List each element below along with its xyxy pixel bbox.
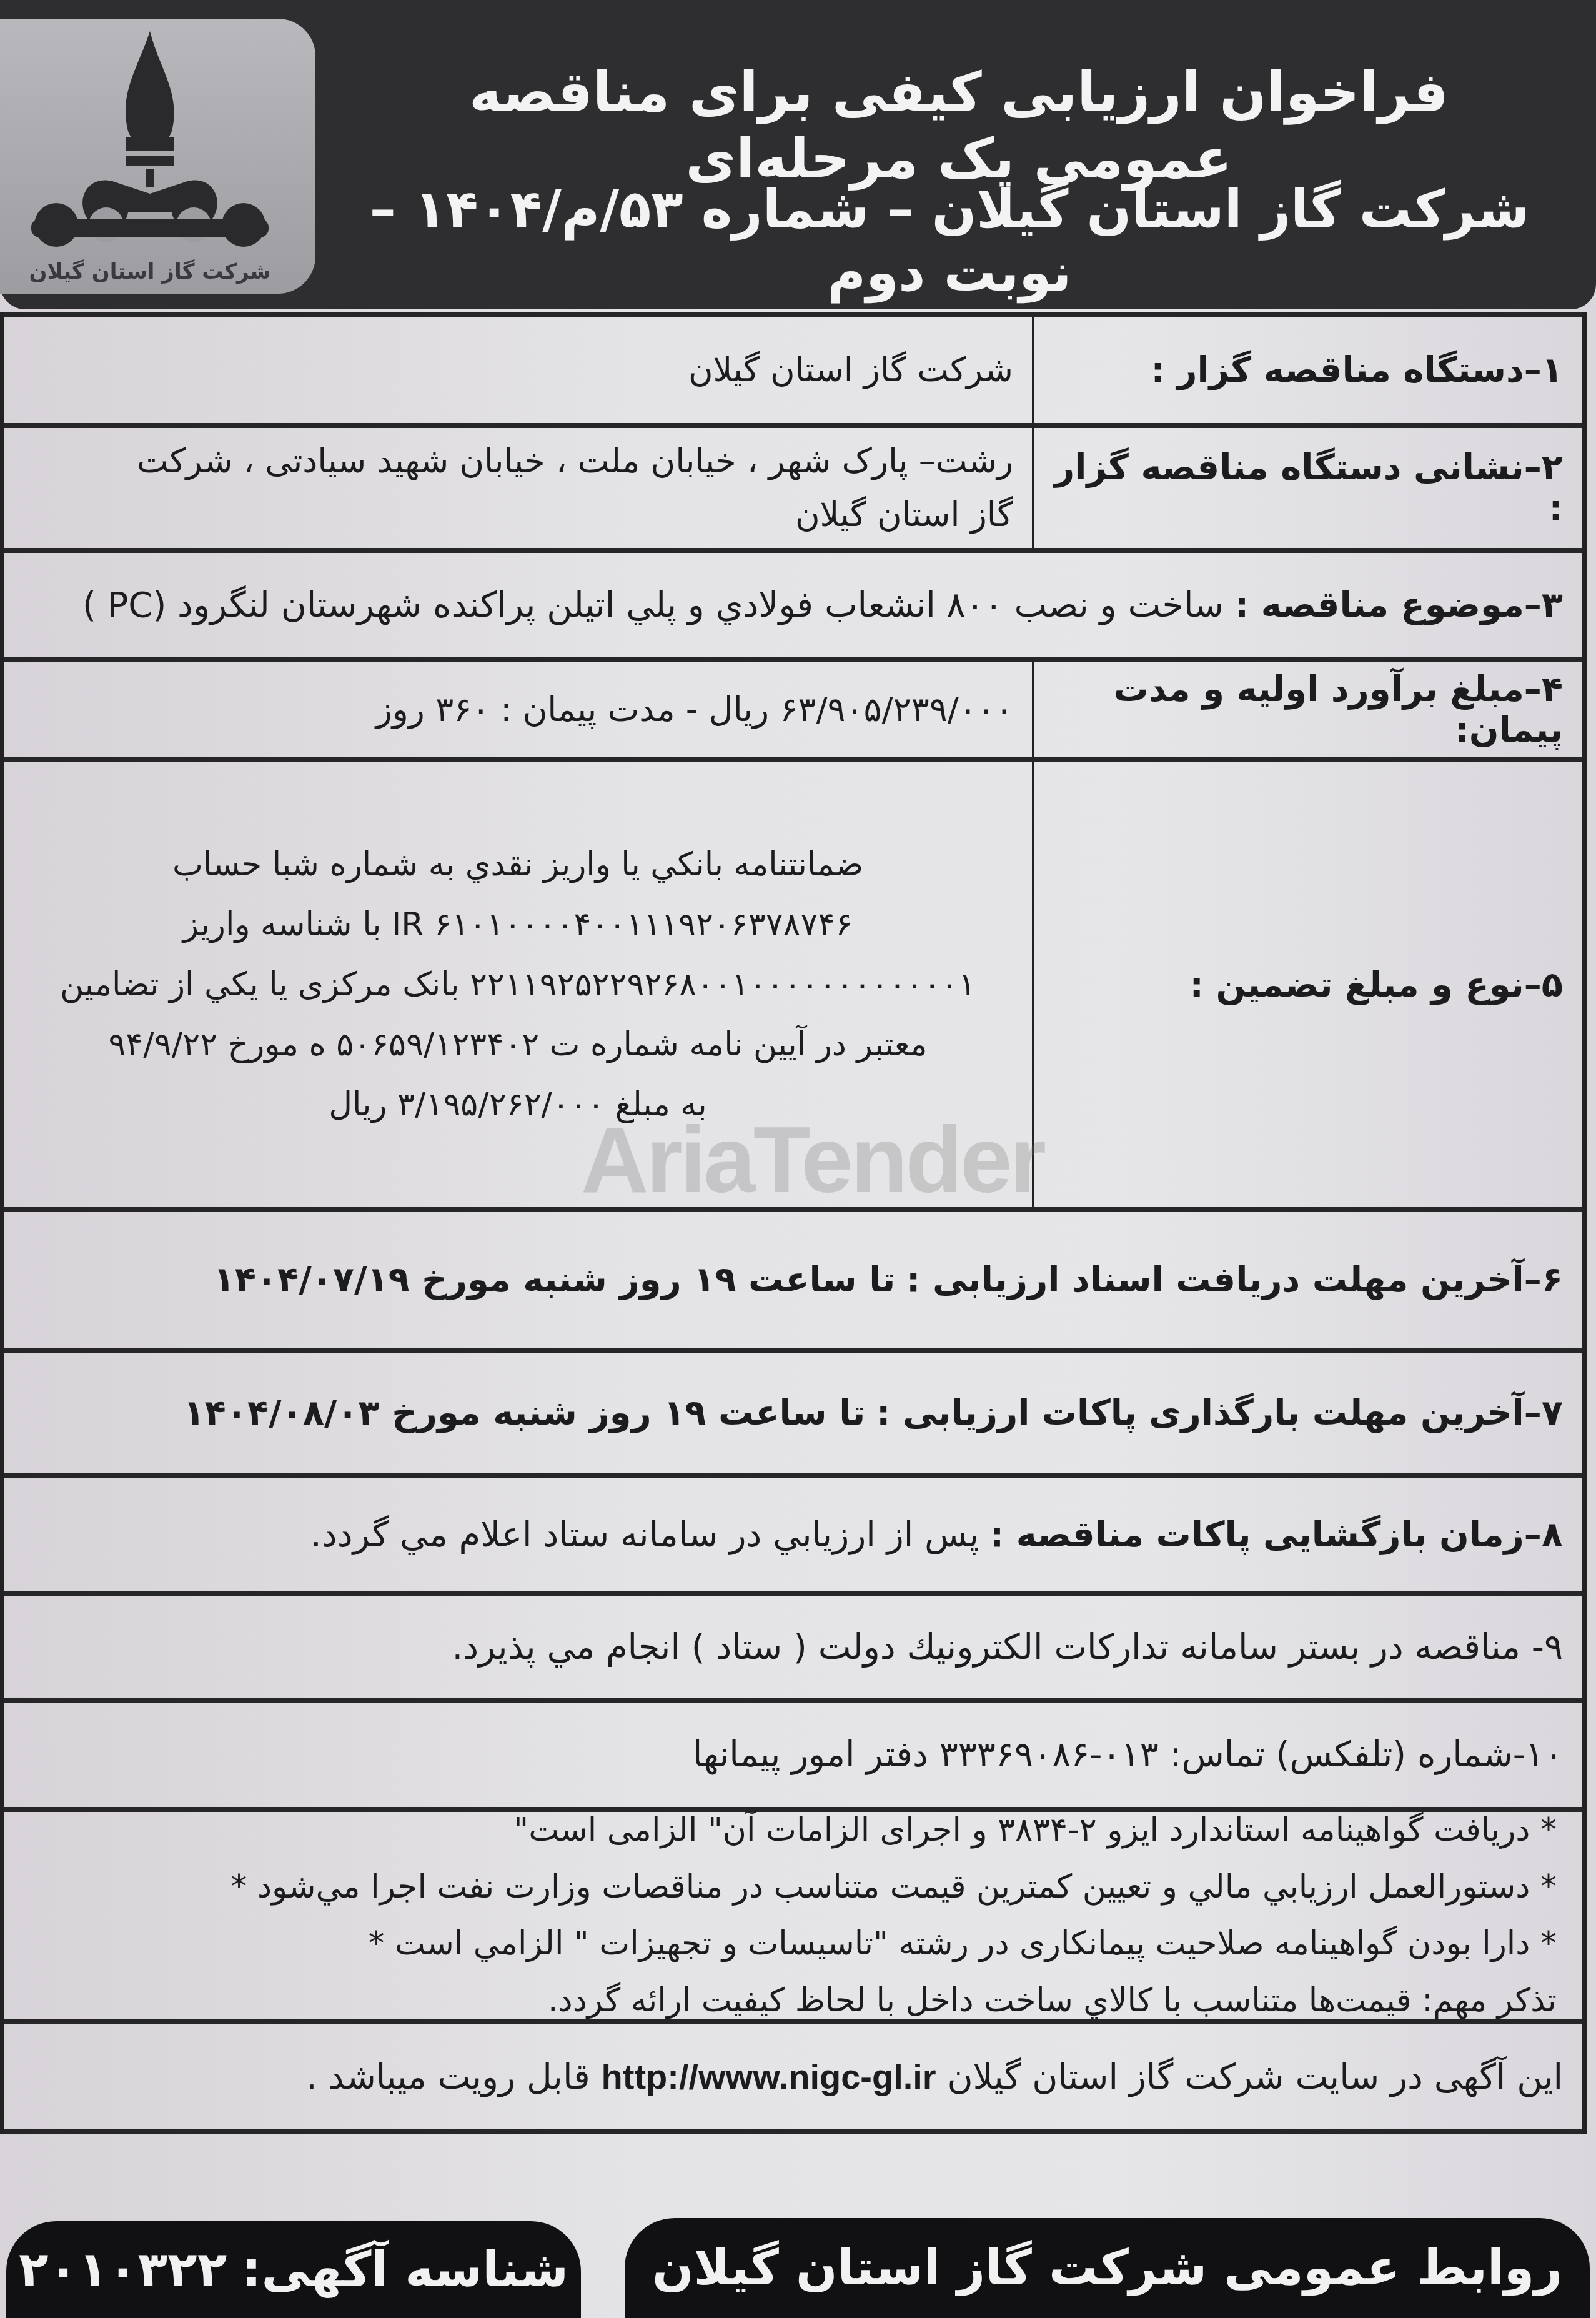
website-suffix: قابل رویت میباشد .	[306, 2057, 590, 2097]
note-evaluation: * دستورالعمل ارزيابي مالي و تعيين كمترين…	[230, 1859, 1557, 1916]
notes-block: * دریافت گواهینامه استاندارد ایزو ۲-۳۸۳۴…	[206, 1783, 1582, 2048]
note-iso: * دریافت گواهینامه استاندارد ایزو ۲-۳۸۳۴…	[230, 1802, 1557, 1859]
guarantee-line-2: IR ۶۱۰۱۰۰۰۰۴۰۰۱۱۱۹۲۰۶۳۷۸۷۴۶ با شناسه وار…	[16, 895, 1019, 955]
opening-time: ۸–زمان بازگشایی پاکات مناقصه : پس از ارز…	[4, 1515, 1582, 1555]
tender-subject: ۳–موضوع مناقصه : ساخت و نصب ۸۰۰ انشعاب ف…	[4, 585, 1582, 625]
note-important: تذکر مهم: قیمت‌ها متناسب با كالاي ساخت د…	[230, 1972, 1557, 2029]
footer-company: روابط عمومی شرکت گاز استان گیلان	[652, 2240, 1562, 2296]
value-document-deadline: تا ساعت ۱۹ روز شنبه مورخ ۱۴۰۴/۰۷/۱۹	[213, 1260, 895, 1300]
label-opening-time: ۸–زمان بازگشایی پاکات مناقصه :	[990, 1515, 1563, 1555]
company-logo: شرکت گاز استان گیلان	[0, 19, 315, 294]
row-setad-platform: ۹- مناقصه در بستر سامانه تداركات الكترون…	[4, 1596, 1582, 1703]
row-estimate-duration: ۴–مبلغ برآورد اولیه و مدت پیمان: ۶۳/۹۰۵/…	[4, 662, 1582, 762]
value-estimate-duration: ۶۳/۹۰۵/۲۳۹/۰۰۰ ریال - مدت پیمان : ۳۶۰ رو…	[4, 683, 1032, 737]
label-organizer-address: ۲–نشانی دستگاه مناقصه گزار :	[1032, 428, 1582, 548]
value-tender-subject: ساخت و نصب ۸۰۰ انشعاب فولادي و پلي اتيلن…	[82, 585, 1224, 625]
label-estimate-duration: ۴–مبلغ برآورد اولیه و مدت پیمان:	[1032, 662, 1582, 757]
website-link[interactable]: http://www.nigc-gl.ir	[602, 2057, 936, 2096]
label-document-deadline: ۶–آخرین مهلت دریافت اسناد ارزیابی :	[906, 1260, 1563, 1300]
ad-id-label: شناسه آگهی:	[242, 2242, 568, 2298]
value-opening-time: پس از ارزيابي در سامانه ستاد اعلام مي گر…	[310, 1515, 979, 1555]
value-organizer-address: رشت– پارک شهر ، خیابان ملت ، خیابان شهید…	[95, 434, 1032, 542]
contact-text: ۱۰-شماره (تلفكس) تماس: ۰۱۳-۳۳۳۶۹۰۸۶ دفتر…	[4, 1734, 1582, 1775]
tender-notice-page: شرکت گاز استان گیلان فراخوان ارزیابی کیف…	[0, 0, 1596, 2318]
row-upload-deadline: ۷–آخرین مهلت بارگذاری پاکات ارزیابی : تا…	[4, 1353, 1582, 1478]
value-upload-deadline: تا ساعت ۱۹ روز شنبه مورخ ۱۴۰۴/۰۸/۰۳	[183, 1393, 865, 1433]
note-qualification: * دارا بودن گواهینامه صلاحیت پیمانکاری د…	[230, 1916, 1557, 1972]
row-organizer-address: ۲–نشانی دستگاه مناقصه گزار : رشت– پارک ش…	[4, 428, 1582, 553]
value-guarantee: ضمانتنامه بانكي يا واريز نقدي به شماره ش…	[4, 835, 1032, 1135]
footer-company-banner: روابط عمومی شرکت گاز استان گیلان	[625, 2218, 1590, 2318]
row-notes: * دریافت گواهینامه استاندارد ایزو ۲-۳۸۳۴…	[4, 1812, 1582, 2024]
row-document-deadline: ۶–آخرین مهلت دریافت اسناد ارزیابی : تا س…	[4, 1212, 1582, 1353]
label-tender-organizer: ۱–دستگاه مناقصه گزار :	[1032, 317, 1582, 423]
website-prefix: این آگهی در سایت شرکت گاز استان گیلان	[947, 2057, 1563, 2097]
footer-ad-id-banner: شناسه آگهی: ۲۰۱۰۳۲۲	[6, 2221, 581, 2318]
ariatender-watermark: AriaTender	[581, 1106, 1044, 1214]
label-guarantee: ۵–نوع و مبلغ تضمین :	[1032, 762, 1582, 1207]
document-deadline: ۶–آخرین مهلت دریافت اسناد ارزیابی : تا س…	[4, 1260, 1582, 1300]
gas-flame-logo-icon	[19, 25, 281, 250]
upload-deadline: ۷–آخرین مهلت بارگذاری پاکات ارزیابی : تا…	[4, 1393, 1582, 1433]
guarantee-line-3: ۲۲۱۱۹۲۵۲۲۹۲۶۸۰۰۱۰۰۰۰۰۰۰۰۰۰۰۰۱ بانک مرکزی…	[16, 955, 1019, 1015]
notice-title: فراخوان ارزیابی کیفی برای مناقصه عمومی ی…	[365, 59, 1552, 191]
ad-id-value: ۲۰۱۰۳۲۲	[19, 2242, 227, 2298]
setad-platform-text: ۹- مناقصه در بستر سامانه تداركات الكترون…	[4, 1627, 1582, 1668]
value-tender-organizer: شرکت گاز استان گیلان	[4, 343, 1032, 397]
guarantee-line-1: ضمانتنامه بانكي يا واريز نقدي به شماره ش…	[16, 835, 1019, 895]
row-tender-subject: ۳–موضوع مناقصه : ساخت و نصب ۸۰۰ انشعاب ف…	[4, 553, 1582, 662]
row-opening-time: ۸–زمان بازگشایی پاکات مناقصه : پس از ارز…	[4, 1478, 1582, 1596]
tender-details-table: ۱–دستگاه مناقصه گزار : شرکت گاز استان گی…	[0, 312, 1587, 2134]
guarantee-line-4: معتبر در آيين نامه شماره ت ۵۰۶۵۹/۱۲۳۴۰۲ …	[16, 1015, 1019, 1075]
row-tender-organizer: ۱–دستگاه مناقصه گزار : شرکت گاز استان گی…	[4, 312, 1582, 428]
notice-header: شرکت گاز استان گیلان فراخوان ارزیابی کیف…	[0, 0, 1596, 309]
website-line: این آگهی در سایت شرکت گاز استان گیلان ht…	[4, 2056, 1582, 2097]
notice-subtitle: شرکت گاز استان گیلان – شماره ۵۳/م/۱۴۰۴ –…	[340, 178, 1559, 304]
logo-caption: شرکت گاز استان گیلان	[19, 259, 281, 284]
label-upload-deadline: ۷–آخرین مهلت بارگذاری پاکات ارزیابی :	[876, 1393, 1563, 1433]
label-tender-subject: ۳–موضوع مناقصه :	[1235, 585, 1563, 625]
